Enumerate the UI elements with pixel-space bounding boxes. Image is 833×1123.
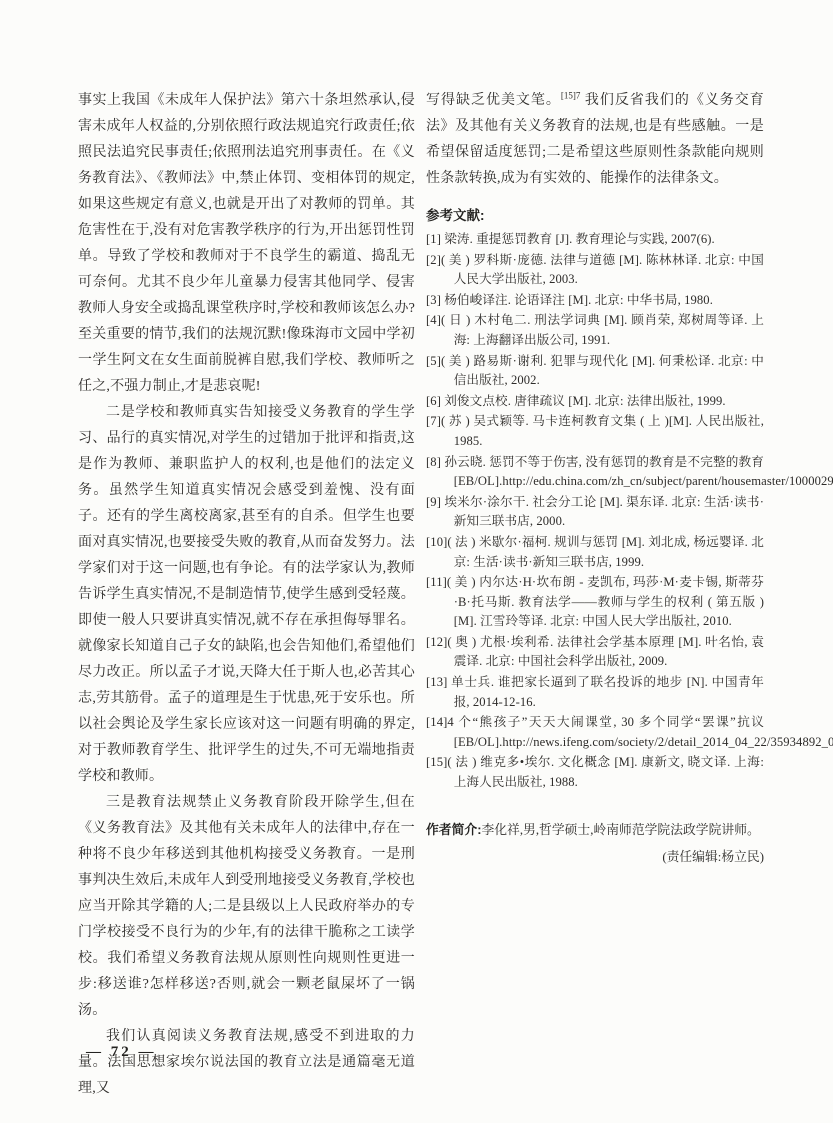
reference-item: [14]4 个“熊孩子”天天大闹课堂, 30 多个同学“罢课”抗议 [EB/OL…: [426, 713, 764, 752]
reference-item: [7]( 苏 ) 吴式颖等. 马卡连柯教育文集 ( 上 )[M]. 人民出版社,…: [426, 412, 764, 451]
editor-note: (责任编辑:杨立民): [426, 847, 764, 868]
reference-item: [4]( 日 ) 木村龟二. 刑法学词典 [M]. 顾肖荣, 郑树周等译. 上海…: [426, 311, 764, 350]
reference-item: [9] 埃米尔·涂尔干. 社会分工论 [M]. 渠东译. 北京: 生活·读书·新…: [426, 493, 764, 532]
reference-item: [13] 单士兵. 谁把家长逼到了联名投诉的地步 [N]. 中国青年报, 201…: [426, 673, 764, 712]
author-bio: 作者简介:李化祥,男,哲学硕士,岭南师范学院法政学院讲师。: [426, 819, 764, 841]
body-paragraph: 二是学校和教师真实告知接受义务教育的学生学习、品行的真实情况,对学生的过错加于批…: [78, 400, 415, 790]
reference-item: [1] 梁涛. 重提惩罚教育 [J]. 教育理论与实践, 2007(6).: [426, 230, 764, 250]
continuation-text-before: 写得缺乏优美文笔。: [426, 93, 561, 108]
right-column: 写得缺乏优美文笔。[15]7 我们反省我们的《义务交育法》及其他有关义务教育的法…: [426, 88, 764, 868]
body-paragraph: 我们认真阅读义务教育法规,感受不到进取的力量。法国思想家埃尔说法国的教育立法是通…: [78, 1024, 415, 1102]
reference-item: [8] 孙云晓. 惩罚不等于伤害, 没有惩罚的教育是不完整的教育 [EB/OL]…: [426, 453, 764, 492]
reference-item: [3] 杨伯峻译注. 论语译注 [M]. 北京: 中华书局, 1980.: [426, 291, 764, 311]
left-column: 事实上我国《未成年人保护法》第六十条坦然承认,侵害未成年人权益的,分别依照行政法…: [78, 88, 415, 1102]
paper-page: 事实上我国《未成年人保护法》第六十条坦然承认,侵害未成年人权益的,分别依照行政法…: [0, 0, 833, 1123]
footnote-superscript: [15]7: [561, 90, 581, 100]
author-bio-text: 李化祥,男,哲学硕士,岭南师范学院法政学院讲师。: [481, 823, 759, 837]
reference-item: [15]( 法 ) 维克多•埃尔. 文化概念 [M]. 康新文, 晓文译. 上海…: [426, 753, 764, 792]
body-paragraph: 三是教育法规禁止义务教育阶段开除学生,但在《义务教育法》及其他有关未成年人的法律…: [78, 790, 415, 1024]
reference-item: [5]( 美 ) 路易斯·谢利. 犯罪与现代化 [M]. 何秉松译. 北京: 中…: [426, 352, 764, 391]
continuation-paragraph: 写得缺乏优美文笔。[15]7 我们反省我们的《义务交育法》及其他有关义务教育的法…: [426, 88, 764, 192]
references-heading: 参考文献:: [426, 204, 764, 224]
reference-item: [11]( 美 ) 内尔达·H·坎布朗 - 麦凯布, 玛莎·M·麦卡锡, 斯蒂芬…: [426, 573, 764, 632]
reference-item: [10]( 法 ) 米歇尔·福柯. 规训与惩罚 [M]. 刘北成, 杨远婴译. …: [426, 533, 764, 572]
reference-item: [2]( 美 ) 罗科斯·庞德. 法律与道德 [M]. 陈林林译. 北京: 中国…: [426, 251, 764, 290]
body-paragraph: 事实上我国《未成年人保护法》第六十条坦然承认,侵害未成年人权益的,分别依照行政法…: [78, 88, 415, 400]
page-number: — 72 —: [86, 1044, 157, 1061]
reference-item: [6] 刘俊文点校. 唐律疏议 [M]. 北京: 法律出版社, 1999.: [426, 392, 764, 412]
reference-list: [1] 梁涛. 重提惩罚教育 [J]. 教育理论与实践, 2007(6). [2…: [426, 230, 764, 793]
reference-item: [12]( 奥 ) 尤根·埃利希. 法律社会学基本原理 [M]. 叶名怡, 袁震…: [426, 633, 764, 672]
author-bio-label: 作者简介:: [426, 822, 481, 837]
